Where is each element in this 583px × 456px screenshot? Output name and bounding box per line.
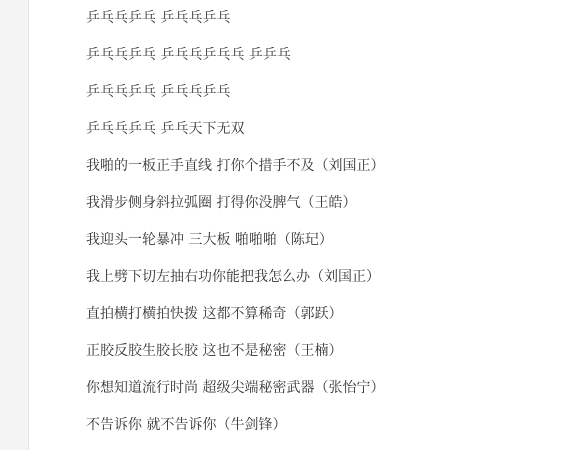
- lyric-line-verse-1: 我啪的一板正手直线 打你个措手不及（刘国正）: [86, 148, 566, 185]
- lyric-line-verse-5: 直拍横打横拍快拨 这都不算稀奇（郭跃）: [86, 296, 566, 333]
- left-gutter: [0, 0, 29, 450]
- lyric-line-verse-3: 我迎头一轮暴冲 三大板 啪啪啪（陈玘）: [86, 222, 566, 259]
- lyric-line-chant-2: 乒乓乓乒乓 乒乓乓乒乓乓 乒乒乓: [86, 37, 566, 74]
- lyric-line-verse-4: 我上劈下切左抽右功你能把我怎么办（刘国正）: [86, 259, 566, 296]
- lyric-line-chant-3: 乒乓乓乒乓 乒乓乓乒乓: [86, 74, 566, 111]
- lyric-line-chant-4: 乒乓乓乒乓 乒乓天下无双: [86, 111, 566, 148]
- lyrics-page: 乒乓乓乒乓 乒乓乓乒乓 乒乓乓乒乓 乒乓乓乒乓乓 乒乒乓 乒乓乓乒乓 乒乓乓乒乓…: [0, 0, 583, 456]
- lyric-line-verse-6: 正胶反胶生胶长胶 这也不是秘密（王楠）: [86, 333, 566, 370]
- lyric-line-verse-7: 你想知道流行时尚 超级尖端秘密武器（张怡宁）: [86, 370, 566, 407]
- lyric-line-verse-2: 我滑步侧身斜拉弧圈 打得你没脾气（王皓）: [86, 185, 566, 222]
- lyric-line-verse-8: 不告诉你 就不告诉你（牛剑锋）: [86, 407, 566, 444]
- lyrics-block: 乒乓乓乒乓 乒乓乓乒乓 乒乓乓乒乓 乒乓乓乒乓乓 乒乒乓 乒乓乓乒乓 乒乓乓乒乓…: [86, 0, 566, 444]
- lyric-line-chant-1: 乒乓乓乒乓 乒乓乓乒乓: [86, 0, 566, 37]
